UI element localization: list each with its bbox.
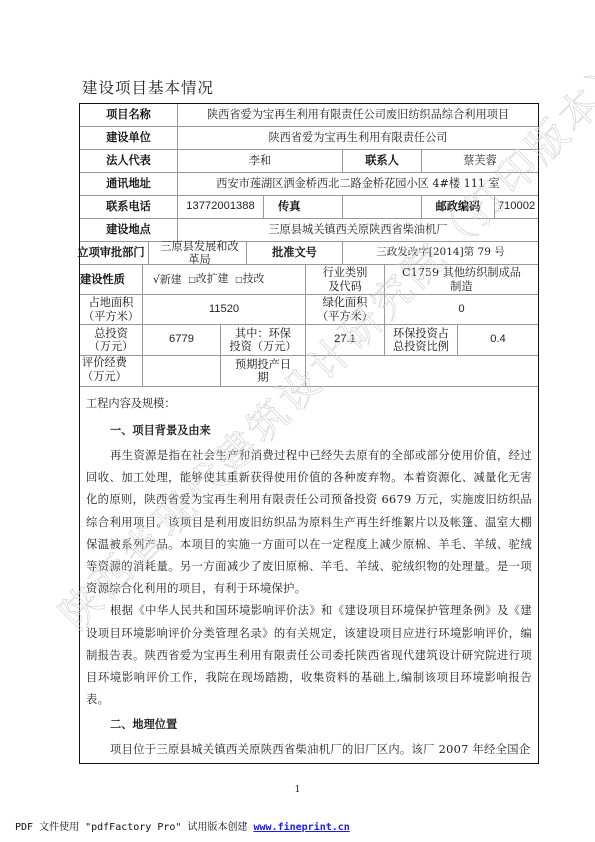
paragraph-regulation: 根据《中华人民共和国环境影响评价法》和《建设项目环境保护管理条例》及《建设项目环… (86, 600, 532, 711)
row-construction-unit: 建设单位 陕西省爱为宝再生利用有限责任公司 (80, 127, 538, 150)
row-approval: 立项审批部门 三原县发展和改革局 批准文号 三政发改字[2014]第 79 号 (80, 242, 538, 265)
value-green-area: 0 (385, 295, 538, 324)
value-construction-unit: 陕西省爱为宝再生利用有限责任公司 (178, 127, 538, 149)
nature-option-tech[interactable]: □技改 (235, 272, 264, 287)
page-title: 建设项目基本情况 (82, 76, 214, 98)
footer-link[interactable]: www.fineprint.cn (253, 822, 349, 833)
label-approval-no: 批准文号 (247, 242, 343, 264)
label-env-ratio: 环保投资占 总投资比例 (385, 325, 458, 355)
value-total-invest: 6779 (143, 325, 221, 355)
row-project-name: 项目名称 陕西省爱为宝再生利用有限责任公司废旧纺织品综合利用项目 (80, 104, 538, 127)
value-site: 三原县城关镇西关原陕西省柴油机厂 (178, 219, 538, 241)
row-phone: 联系电话 13772001388 传真 邮政编码 710002 (80, 196, 538, 219)
row-address: 通讯地址 西安市莲湖区洒金桥西北二路金桥花园小区 4#楼 111 室 (80, 173, 538, 196)
label-nature: 建设性质 (80, 265, 143, 294)
label-site: 建设地点 (80, 219, 178, 241)
value-approval-no: 三政发改字[2014]第 79 号 (343, 242, 538, 264)
row-site: 建设地点 三原县城关镇西关原陕西省柴油机厂 (80, 219, 538, 242)
value-phone: 13772001388 (178, 196, 264, 218)
value-industry: C1759 其他纺织制成品 制造 (385, 265, 538, 294)
value-approval-dept: 三原县发展和改革局 (153, 242, 247, 264)
label-postcode: 邮政编码 (422, 196, 495, 218)
paragraph-background: 再生资源是指在社会生产和消费过程中已经失去原有的全部或部分使用价值，经过回收、加… (86, 445, 532, 600)
row-legal-rep: 法人代表 李和 联系人 蔡芙蓉 (80, 150, 538, 173)
checkbox-icon: □ (188, 275, 196, 284)
content-heading: 工程内容及规模： (86, 395, 532, 411)
row-nature: 建设性质 √新建 □改扩建 □技改 行业类别 及代码 C1759 其他纺织制成品… (80, 265, 538, 295)
label-production-date: 预期投产日 期 (221, 356, 306, 386)
row-area: 占地面积 （平方米） 11520 绿化面积 （平方米） 0 (80, 295, 538, 325)
label-industry: 行业类别 及代码 (306, 265, 385, 294)
value-env-invest: 27.1 (306, 325, 385, 355)
label-green-area: 绿化面积 （平方米） (306, 295, 385, 324)
pdf-footer: PDF 文件使用 "pdfFactory Pro" 试用版本创建 www.fin… (15, 818, 350, 833)
paragraph-location: 项目位于三原县城关镇西关原陕西省柴油机厂的旧厂区内。该厂 2007 年经全国企 (86, 739, 532, 761)
checkbox-icon: □ (235, 275, 243, 284)
label-eval-fee: 评价经费 （万元） (80, 356, 143, 386)
project-info-table: 项目名称 陕西省爱为宝再生利用有限责任公司废旧纺织品综合利用项目 建设单位 陕西… (79, 103, 539, 764)
label-construction-unit: 建设单位 (80, 127, 178, 149)
page-number: 1 (0, 785, 595, 795)
value-fax (343, 196, 422, 218)
nature-options: √新建 □改扩建 □技改 (143, 265, 306, 294)
nature-option-new[interactable]: √新建 (153, 273, 181, 287)
label-address: 通讯地址 (80, 173, 178, 195)
section-title-location: 二、地理位置 (110, 715, 532, 735)
label-total-invest: 总投资 （万元） (80, 325, 143, 355)
nature-option-expand[interactable]: □改扩建 (188, 272, 228, 287)
value-legal-rep: 李和 (178, 150, 343, 172)
label-contact: 联系人 (343, 150, 422, 172)
value-eval-fee (143, 356, 221, 386)
label-legal-rep: 法人代表 (80, 150, 178, 172)
section-title-background: 一、项目背景及由来 (110, 421, 532, 441)
footer-text: PDF 文件使用 "pdfFactory Pro" 试用版本创建 (15, 822, 253, 833)
label-approval-dept: 立项审批部门 (76, 242, 149, 264)
value-env-ratio: 0.4 (458, 325, 538, 355)
label-phone: 联系电话 (80, 196, 178, 218)
value-project-name: 陕西省爱为宝再生利用有限责任公司废旧纺织品综合利用项目 (178, 104, 538, 126)
value-address: 西安市莲湖区洒金桥西北二路金桥花园小区 4#楼 111 室 (178, 173, 538, 195)
label-project-name: 项目名称 (80, 104, 178, 126)
label-land-area: 占地面积 （平方米） (80, 295, 143, 324)
label-env-invest: 其中：环保 投资（万元） (221, 325, 306, 355)
value-contact: 蔡芙蓉 (422, 150, 538, 172)
value-postcode: 710002 (495, 196, 538, 218)
value-land-area: 11520 (143, 295, 306, 324)
row-investment: 总投资 （万元） 6779 其中：环保 投资（万元） 27.1 环保投资占 总投… (80, 325, 538, 356)
project-content: 工程内容及规模： 一、项目背景及由来 再生资源是指在社会生产和消费过程中已经失去… (80, 387, 538, 763)
checkmark-icon: √ (153, 273, 160, 286)
label-fax: 传真 (264, 196, 343, 218)
value-production-date (306, 356, 538, 386)
row-eval-fee: 评价经费 （万元） 预期投产日 期 (80, 356, 538, 387)
